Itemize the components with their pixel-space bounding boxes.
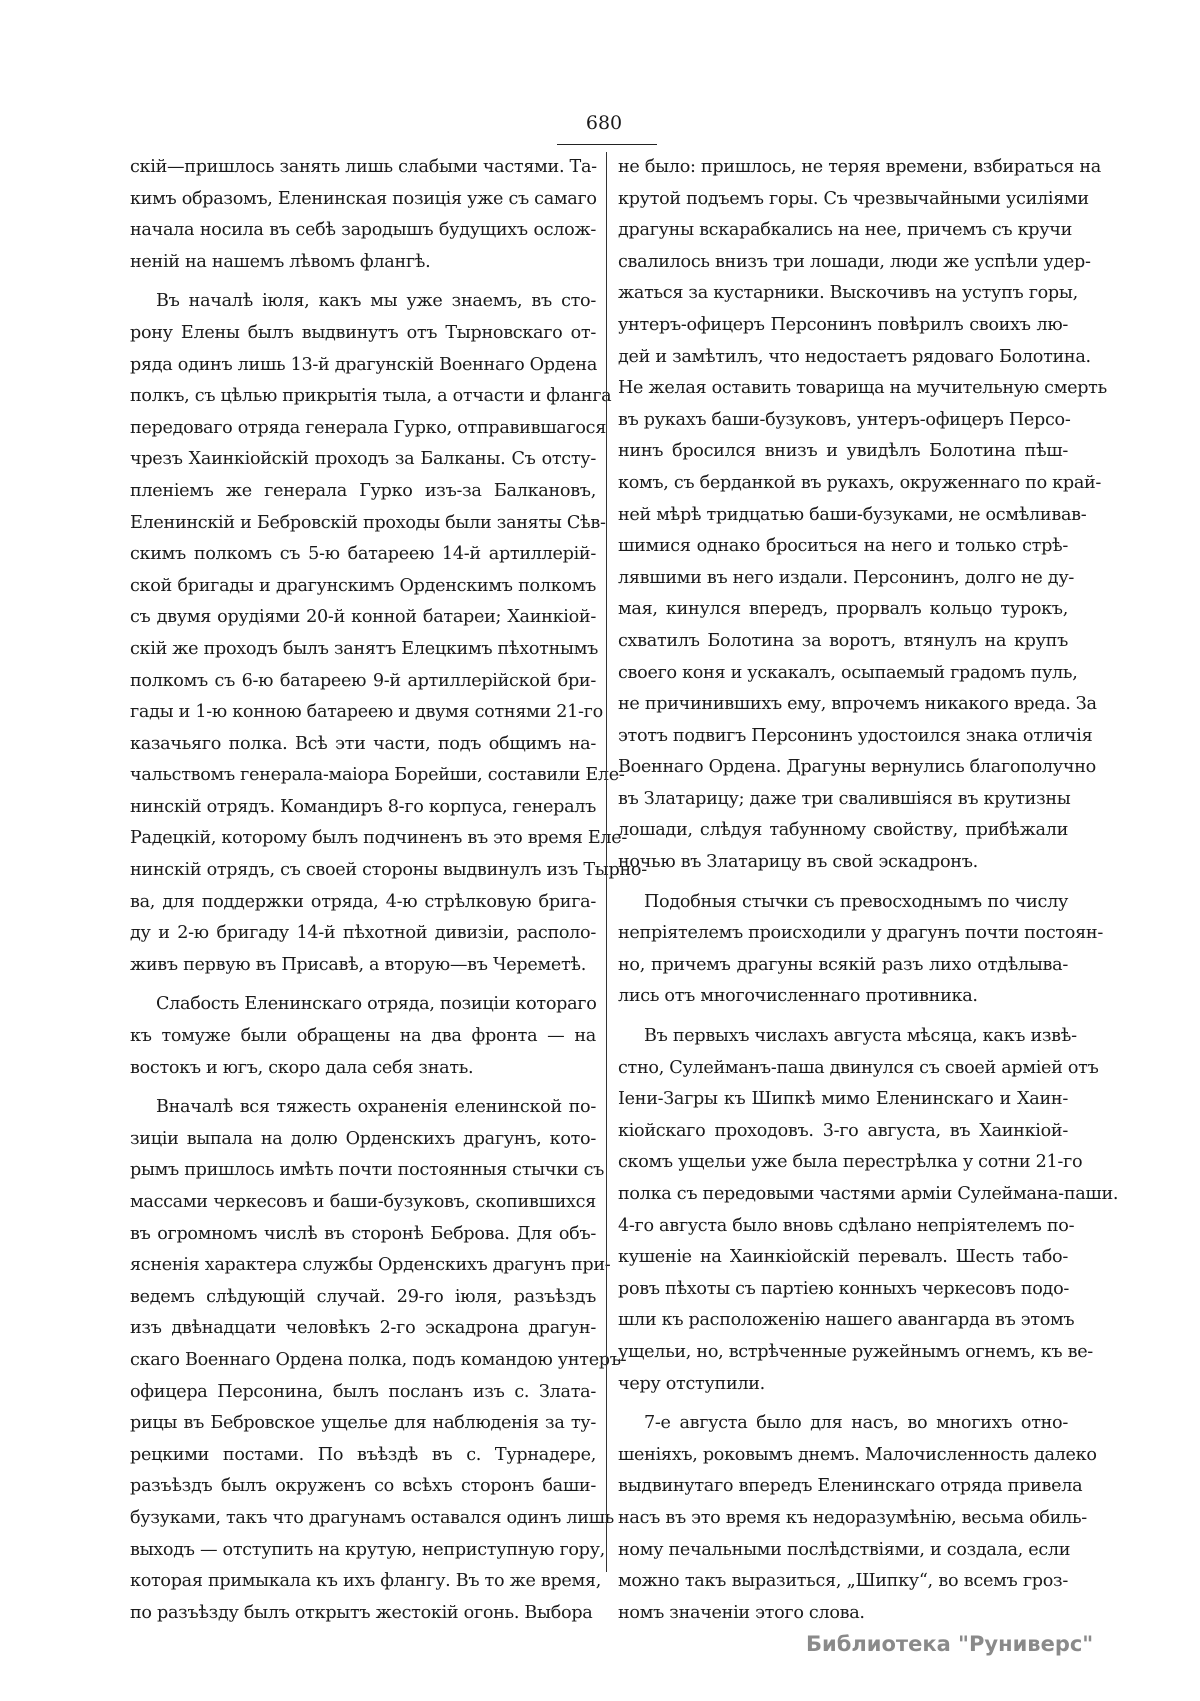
text-line: въ Златарицу; даже три свалившіяся въ кр… bbox=[618, 784, 1068, 816]
paragraph: не было: пришлось, не теряя времени, взб… bbox=[618, 152, 1068, 879]
text-line: разъѣздъ былъ окруженъ со всѣхъ сторонъ … bbox=[130, 1471, 596, 1503]
text-line: скимъ полкомъ съ 5-ю батареею 14-й артил… bbox=[130, 539, 596, 571]
text-line: Въ первыхъ числахъ августа мѣсяца, какъ … bbox=[618, 1021, 1068, 1053]
paragraph-gap bbox=[130, 981, 596, 989]
text-line: офицера Персонина, былъ посланъ изъ с. З… bbox=[130, 1377, 596, 1409]
paragraph: Подобныя стычки съ превосходнымъ по числ… bbox=[618, 887, 1068, 1013]
text-line: ясненія характера службы Орденскихъ драг… bbox=[130, 1250, 596, 1282]
text-line: ва, для поддержки отряда, 4-ю стрѣлковую… bbox=[130, 887, 596, 919]
text-line: ному печальными послѣдствіями, и создала… bbox=[618, 1535, 1068, 1567]
text-line: не было: пришлось, не теряя времени, взб… bbox=[618, 152, 1068, 184]
paragraph: Въ первыхъ числахъ августа мѣсяца, какъ … bbox=[618, 1021, 1068, 1400]
column-divider bbox=[606, 152, 607, 1572]
text-line: лявшими въ него издали. Персонинъ, долго… bbox=[618, 563, 1068, 595]
text-line: живъ первую въ Присавѣ, а вторую—въ Чере… bbox=[130, 950, 596, 982]
text-line: Въ началѣ іюля, какъ мы уже знаемъ, въ с… bbox=[130, 286, 596, 318]
text-line: полкомъ съ 6-ю батареею 9-й артиллерійск… bbox=[130, 666, 596, 698]
text-line: скомъ ущельи уже была перестрѣлка у сотн… bbox=[618, 1147, 1068, 1179]
text-line: лись отъ многочисленнаго противника. bbox=[618, 981, 1068, 1013]
page-number: 680 bbox=[0, 112, 1200, 134]
paragraph: скій—пришлось занять лишь слабыми частям… bbox=[130, 152, 596, 278]
text-line: Іени-Загры къ Шипкѣ мимо Еленинскаго и Х… bbox=[618, 1084, 1068, 1116]
text-line: Не желая оставить товарища на мучительну… bbox=[618, 373, 1068, 405]
text-line: ряда одинъ лишь 13-й драгунскій Военнаго… bbox=[130, 350, 596, 382]
text-line: съ двумя орудіями 20-й конной батареи; Х… bbox=[130, 602, 596, 634]
text-line: шимися однако броситься на него и только… bbox=[618, 531, 1068, 563]
text-line: нинъ бросился внизъ и увидѣлъ Болотина п… bbox=[618, 436, 1068, 468]
text-line: гады и 1-ю конною батареею и двумя сотня… bbox=[130, 697, 596, 729]
text-line: Вначалѣ вся тяжесть охраненія еленинской… bbox=[130, 1092, 596, 1124]
paragraph-gap bbox=[130, 278, 596, 286]
text-line: свалилось внизъ три лошади, люди же успѣ… bbox=[618, 247, 1068, 279]
text-line: своего коня и ускакалъ, осыпаемый градом… bbox=[618, 658, 1068, 690]
text-line: скій же проходъ былъ занятъ Елецкимъ пѣх… bbox=[130, 634, 596, 666]
text-line: ней мѣрѣ тридцатью баши-бузуками, не осм… bbox=[618, 500, 1068, 532]
text-line: драгуны вскарабкались на нее, причемъ съ… bbox=[618, 215, 1068, 247]
right-column: не было: пришлось, не теряя времени, взб… bbox=[618, 152, 1068, 1629]
text-line: полкъ, съ цѣлью прикрытія тыла, а отчаст… bbox=[130, 381, 596, 413]
text-line: бузуками, такъ что драгунамъ оставался о… bbox=[130, 1503, 596, 1535]
text-line: но, причемъ драгуны всякій разъ лихо отд… bbox=[618, 950, 1068, 982]
text-line: ской бригады и драгунскимъ Орденскимъ по… bbox=[130, 571, 596, 603]
text-line: Радецкій, которому былъ подчиненъ въ это… bbox=[130, 823, 596, 855]
text-line: унтеръ-офицеръ Персонинъ повѣрилъ своихъ… bbox=[618, 310, 1068, 342]
text-line: въ рукахъ баши-бузуковъ, унтеръ-офицеръ … bbox=[618, 405, 1068, 437]
text-line: по разъѣзду былъ открытъ жестокій огонь.… bbox=[130, 1598, 596, 1630]
text-line: зиціи выпала на долю Орденскихъ драгунъ,… bbox=[130, 1124, 596, 1156]
paragraph: Слабость Еленинскаго отряда, позиціи кот… bbox=[130, 989, 596, 1084]
text-line: не причинившихъ ему, впрочемъ никакого в… bbox=[618, 689, 1068, 721]
text-line: Подобныя стычки съ превосходнымъ по числ… bbox=[618, 887, 1068, 919]
text-line: Военнаго Ордена. Драгуны вернулись благо… bbox=[618, 752, 1068, 784]
text-line: рецкими постами. По въѣздѣ въ с. Турнаде… bbox=[130, 1440, 596, 1472]
text-line: стно, Сулейманъ-паша двинулся съ своей а… bbox=[618, 1053, 1068, 1085]
text-line: рону Елены былъ выдвинутъ отъ Тырновскаг… bbox=[130, 318, 596, 350]
text-line: жаться за кустарники. Выскочивъ на уступ… bbox=[618, 278, 1068, 310]
text-line: 7-е августа было для насъ, во многихъ от… bbox=[618, 1408, 1068, 1440]
text-line: выходъ — отступить на крутую, неприступн… bbox=[130, 1535, 596, 1567]
paragraph: Вначалѣ вся тяжесть охраненія еленинской… bbox=[130, 1092, 596, 1629]
paragraph-gap bbox=[618, 1013, 1068, 1021]
text-line: нинскій отрядъ. Командиръ 8-го корпуса, … bbox=[130, 792, 596, 824]
text-line: выдвинутаго впередъ Еленинскаго отряда п… bbox=[618, 1471, 1068, 1503]
text-line: шеніяхъ, роковымъ днемъ. Малочисленность… bbox=[618, 1440, 1068, 1472]
text-line: неній на нашемъ лѣвомъ флангѣ. bbox=[130, 247, 596, 279]
text-line: востокъ и югъ, скоро дала себя знать. bbox=[130, 1053, 596, 1085]
header-rule bbox=[557, 144, 657, 145]
text-line: дей и замѣтилъ, что недостаетъ рядоваго … bbox=[618, 342, 1068, 374]
text-line: шли къ расположенію нашего авангарда въ … bbox=[618, 1305, 1068, 1337]
text-line: ведемъ слѣдующій случай. 29-го іюля, раз… bbox=[130, 1282, 596, 1314]
text-line: 4-го августа было вновь сдѣлано непріяте… bbox=[618, 1211, 1068, 1243]
paragraph: 7-е августа было для насъ, во многихъ от… bbox=[618, 1408, 1068, 1629]
paragraph-gap bbox=[618, 1400, 1068, 1408]
text-line: изъ двѣнадцати человѣкъ 2-го эскадрона д… bbox=[130, 1313, 596, 1345]
watermark: Библиотека "Руниверс" bbox=[806, 1632, 1093, 1656]
text-line: ущельи, но, встрѣченные ружейнымъ огнемъ… bbox=[618, 1337, 1068, 1369]
text-line: Еленинскій и Бебровскій проходы были зан… bbox=[130, 508, 596, 540]
text-line: къ томуже были обращены на два фронта — … bbox=[130, 1021, 596, 1053]
text-line: насъ въ это время къ недоразумѣнію, весь… bbox=[618, 1503, 1068, 1535]
paragraph-gap bbox=[618, 879, 1068, 887]
text-line: кушеніе на Хаинкіойскій перевалъ. Шесть … bbox=[618, 1242, 1068, 1274]
text-line: этотъ подвигъ Персонинъ удостоился знака… bbox=[618, 721, 1068, 753]
text-line: рицы въ Бебровское ущелье для наблюденія… bbox=[130, 1408, 596, 1440]
text-line: въ огромномъ числѣ въ сторонѣ Беброва. Д… bbox=[130, 1219, 596, 1251]
text-line: массами черкесовъ и баши-бузуковъ, скопи… bbox=[130, 1187, 596, 1219]
text-line: чальствомъ генерала-маіора Борейши, сост… bbox=[130, 760, 596, 792]
text-line: скаго Военнаго Ордена полка, подъ команд… bbox=[130, 1345, 596, 1377]
text-line: ровъ пѣхоты съ партіею конныхъ черкесовъ… bbox=[618, 1274, 1068, 1306]
text-line: ду и 2-ю бригаду 14-й пѣхотной дивизіи, … bbox=[130, 918, 596, 950]
text-line: мая, кинулся впередъ, прорвалъ кольцо ту… bbox=[618, 594, 1068, 626]
text-line: черу отступили. bbox=[618, 1369, 1068, 1401]
text-line: кіойскаго проходовъ. 3-го августа, въ Ха… bbox=[618, 1116, 1068, 1148]
text-line: пленіемъ же генерала Гурко изъ-за Балкан… bbox=[130, 476, 596, 508]
text-line: полка съ передовыми частями арміи Сулейм… bbox=[618, 1179, 1068, 1211]
text-line: чрезъ Хаинкіойскій проходъ за Балканы. С… bbox=[130, 444, 596, 476]
left-column: скій—пришлось занять лишь слабыми частям… bbox=[130, 152, 596, 1629]
text-line: можно такъ выразиться, „Шипку“, во всемъ… bbox=[618, 1566, 1068, 1598]
text-line: номъ значеніи этого слова. bbox=[618, 1598, 1068, 1630]
text-line: схватилъ Болотина за воротъ, втянулъ на … bbox=[618, 626, 1068, 658]
text-line: нинскій отрядъ, съ своей стороны выдвину… bbox=[130, 855, 596, 887]
text-line: скій—пришлось занять лишь слабыми частям… bbox=[130, 152, 596, 184]
text-line: которая примыкала къ ихъ флангу. Въ то ж… bbox=[130, 1566, 596, 1598]
text-line: комъ, съ берданкой въ рукахъ, окруженнаг… bbox=[618, 468, 1068, 500]
paragraph-gap bbox=[130, 1084, 596, 1092]
text-line: непріятелемъ происходили у драгунъ почти… bbox=[618, 918, 1068, 950]
text-line: крутой подъемъ горы. Съ чрезвычайными ус… bbox=[618, 184, 1068, 216]
paragraph: Въ началѣ іюля, какъ мы уже знаемъ, въ с… bbox=[130, 286, 596, 981]
text-line: ночью въ Златарицу въ свой эскадронъ. bbox=[618, 847, 1068, 879]
text-line: лошади, слѣдуя табунному свойству, прибѣ… bbox=[618, 815, 1068, 847]
text-line: кимъ образомъ, Еленинская позиція уже съ… bbox=[130, 184, 596, 216]
text-line: начала носила въ себѣ зародышъ будущихъ … bbox=[130, 215, 596, 247]
text-line: рымъ пришлось имѣть почти постоянныя сты… bbox=[130, 1155, 596, 1187]
text-line: передоваго отряда генерала Гурко, отправ… bbox=[130, 413, 596, 445]
text-line: казачьяго полка. Всѣ эти части, подъ общ… bbox=[130, 729, 596, 761]
text-line: Слабость Еленинскаго отряда, позиціи кот… bbox=[130, 989, 596, 1021]
